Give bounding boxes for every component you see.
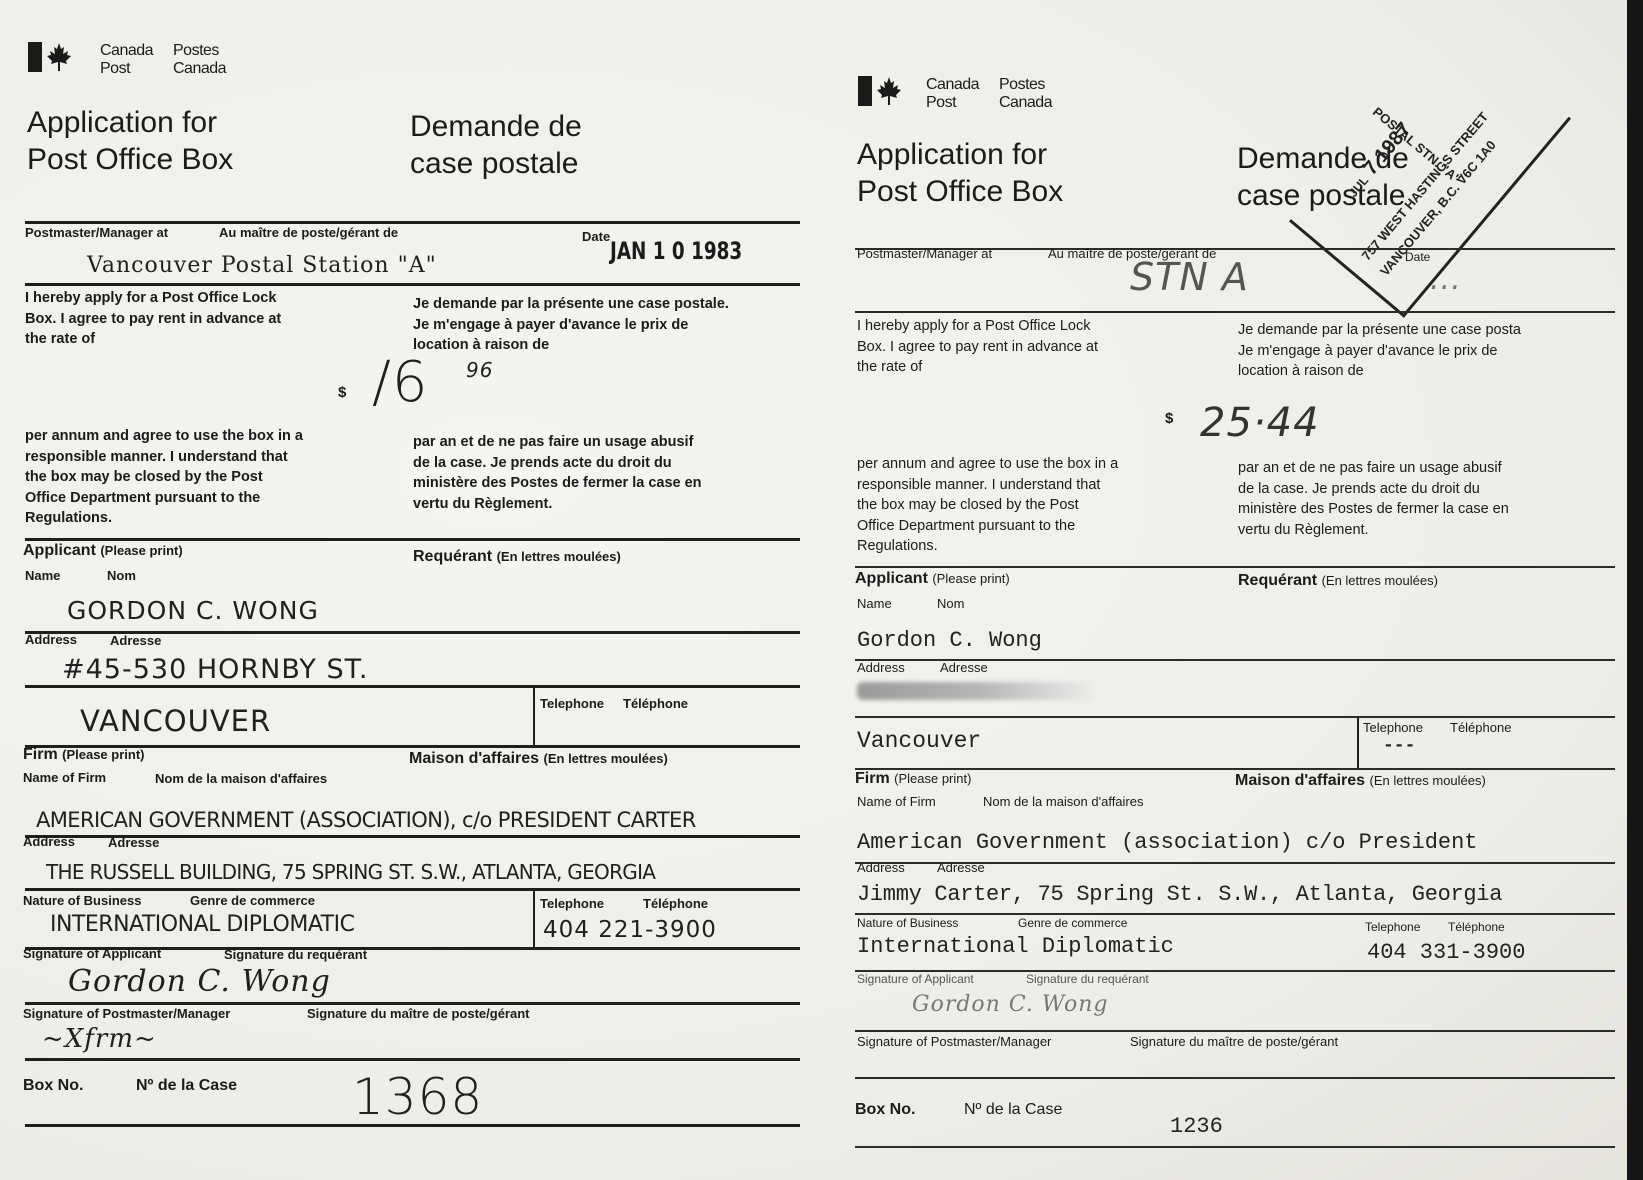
- maple-leaf-icon: [46, 42, 72, 72]
- telephone-divider: [1357, 717, 1359, 769]
- text-line: location à raison de: [413, 335, 729, 356]
- firm-telephone-divider: [533, 890, 535, 950]
- firm-telephone-label-fr: Téléphone: [1448, 920, 1505, 934]
- brand-en-line1: Canada: [100, 42, 153, 60]
- firm-hint: (Please print): [62, 747, 144, 762]
- text-line: ministère des Postes de fermer la case e…: [1238, 499, 1509, 520]
- text-line: I hereby apply for a Post Office Lock: [857, 316, 1098, 337]
- text-line: Je demande par la présente une case post…: [413, 294, 729, 315]
- text-line: Je demande par la présente une case post…: [1238, 320, 1521, 341]
- declaration-en-part2: per annum and agree to use the box in a …: [857, 454, 1118, 557]
- maison-hint: (En lettres moulées): [1370, 773, 1486, 788]
- applicant-signature-field[interactable]: Gordon C. Wong: [912, 992, 1108, 1017]
- firm-address-label-fr: Adresse: [937, 860, 985, 875]
- firm-name-label-en: Name of Firm: [23, 770, 106, 785]
- divider: [855, 566, 1615, 568]
- firm-telephone-field[interactable]: 404 221-3900: [543, 917, 717, 943]
- redacted-address-field[interactable]: [857, 682, 1097, 700]
- text-line: Regulations.: [25, 508, 303, 529]
- applicant-label: Applicant: [855, 570, 928, 587]
- maison-label: Maison d'affaires: [409, 750, 539, 767]
- firm-telephone-label-en: Telephone: [540, 896, 604, 911]
- maple-leaf-icon: [876, 76, 902, 106]
- declaration-en-part1: I hereby apply for a Post Office Lock Bo…: [857, 316, 1098, 378]
- divider: [855, 1146, 1615, 1148]
- postmaster-signature-field[interactable]: [1060, 1050, 1260, 1080]
- divider: [855, 1077, 1615, 1079]
- flag-bar-icon: [28, 42, 42, 72]
- firm-address-field[interactable]: THE RUSSELL BUILDING, 75 SPRING ST. S.W.…: [46, 860, 655, 884]
- applicant-hint: (Please print): [932, 571, 1009, 586]
- applicant-label: Applicant: [23, 542, 96, 559]
- firm-address-field[interactable]: Jimmy Carter, 75 Spring St. S.W., Atlant…: [857, 882, 1502, 907]
- form-title-en: Application for Post Office Box: [27, 104, 233, 178]
- text-line: Office Department pursuant to the: [857, 516, 1118, 537]
- title-en-line1: Application for: [857, 136, 1063, 173]
- text-line: the box may be closed by the Post: [25, 467, 303, 488]
- firm-address-label-en: Address: [857, 860, 905, 875]
- box-number-label-fr: Nº de la Case: [964, 1101, 1062, 1119]
- declaration-fr-part2: par an et de ne pas faire un usage abusi…: [1238, 458, 1509, 540]
- applicant-heading-fr: Requérant (En lettres moulées): [1238, 572, 1438, 590]
- title-fr-line1: Demande de: [410, 108, 582, 145]
- maison-hint: (En lettres moulées): [544, 751, 668, 766]
- text-line: Je m'engage à payer d'avance le prix de: [1238, 341, 1521, 362]
- box-number-label-en: Box No.: [855, 1101, 915, 1119]
- sig-postmaster-label-en: Signature of Postmaster/Manager: [23, 1006, 230, 1021]
- sig-postmaster-label-fr: Signature du maître de poste/gérant: [307, 1006, 530, 1021]
- sig-applicant-label-fr: Signature du requérant: [224, 947, 367, 962]
- text-line: Je m'engage à payer d'avance le prix de: [413, 315, 729, 336]
- scan-edge-shadow: [1627, 0, 1643, 1180]
- text-line: Regulations.: [857, 536, 1118, 557]
- firm-name-label-fr: Nom de la maison d'affaires: [155, 771, 327, 786]
- text-line: par an et de ne pas faire un usage abusi…: [413, 432, 702, 453]
- requerant-hint: (En lettres moulées): [497, 549, 621, 564]
- sig-applicant-label-en: Signature of Applicant: [857, 972, 974, 986]
- requerant-label: Requérant: [1238, 572, 1317, 589]
- text-line: par an et de ne pas faire un usage abusi…: [1238, 458, 1509, 479]
- applicant-city-field[interactable]: Vancouver: [857, 728, 981, 754]
- brand-en-line2: Post: [100, 60, 153, 78]
- telephone-label-en: Telephone: [540, 696, 604, 711]
- firm-telephone-field[interactable]: 404 331-3900: [1367, 940, 1525, 965]
- text-line: Office Department pursuant to the: [25, 488, 303, 509]
- telephone-label-fr: Téléphone: [623, 696, 688, 711]
- right-application-form: Canada Post Postes Canada Application fo…: [830, 0, 1630, 1180]
- firm-name-label-fr: Nom de la maison d'affaires: [983, 794, 1144, 809]
- firm-heading-en: Firm (Please print): [23, 746, 144, 764]
- address-label-fr: Adresse: [940, 660, 988, 675]
- sig-applicant-label-fr: Signature du requérant: [1026, 972, 1149, 986]
- divider: [25, 1124, 800, 1127]
- business-label-fr: Genre de commerce: [190, 893, 315, 908]
- requerant-label: Requérant: [413, 548, 492, 565]
- address-label-en: Address: [857, 660, 905, 675]
- currency-symbol: $: [1165, 410, 1173, 427]
- divider: [25, 221, 800, 224]
- applicant-name-field[interactable]: GORDON C. WONG: [67, 596, 319, 625]
- postal-station-field[interactable]: Vancouver Postal Station "A": [87, 253, 437, 278]
- text-line: location à raison de: [1238, 361, 1521, 382]
- divider: [25, 1002, 800, 1005]
- text-line: Box. I agree to pay rent in advance at: [25, 309, 281, 330]
- divider: [855, 913, 1615, 915]
- address-label-en: Address: [25, 632, 77, 647]
- text-line: I hereby apply for a Post Office Lock: [25, 288, 281, 309]
- rate-cents: 96: [466, 358, 493, 382]
- title-fr-line2: case postale: [410, 145, 582, 182]
- name-label-fr: Nom: [937, 596, 964, 611]
- date-stamp-value[interactable]: JAN 1 0 1983: [610, 237, 742, 265]
- firm-heading-en: Firm (Please print): [855, 770, 971, 788]
- text-line: vertu du Règlement.: [413, 494, 702, 515]
- telephone-divider: [533, 686, 535, 746]
- canada-post-logo: Canada Post Postes Canada: [28, 42, 242, 78]
- flag-bar-icon: [858, 76, 872, 106]
- firm-name-label-en: Name of Firm: [857, 794, 936, 809]
- requerant-hint: (En lettres moulées): [1322, 573, 1438, 588]
- divider: [25, 888, 800, 891]
- divider: [25, 685, 800, 688]
- address-label-fr: Adresse: [110, 633, 161, 648]
- currency-symbol: $: [338, 384, 346, 401]
- declaration-fr-part1: Je demande par la présente une case post…: [1238, 320, 1521, 382]
- firm-telephone-label-fr: Téléphone: [643, 896, 708, 911]
- applicant-hint: (Please print): [100, 543, 182, 558]
- text-line: the box may be closed by the Post: [857, 495, 1118, 516]
- box-number-label-fr: Nº de la Case: [136, 1077, 237, 1095]
- declaration-fr-part1: Je demande par la présente une case post…: [413, 294, 729, 356]
- brand-en-line2: Post: [926, 94, 979, 112]
- text-line: de la case. Je prends acte du droit du: [413, 453, 702, 474]
- title-en-line2: Post Office Box: [857, 173, 1063, 210]
- form-title-en: Application for Post Office Box: [857, 136, 1063, 210]
- firm-label: Firm: [23, 746, 58, 763]
- sig-postmaster-label-fr: Signature du maître de poste/gérant: [1130, 1034, 1338, 1049]
- firm-address-label-fr: Adresse: [108, 835, 159, 850]
- firm-name-field[interactable]: American Government (association) c/o Pr…: [857, 830, 1478, 855]
- text-line: the rate of: [25, 329, 281, 350]
- date-field[interactable]: ...: [1430, 262, 1462, 297]
- declaration-fr-part2: par an et de ne pas faire un usage abusi…: [413, 432, 702, 514]
- text-line: responsible manner. I understand that: [857, 475, 1118, 496]
- name-label-en: Name: [25, 568, 60, 583]
- brand-fr-line1: Postes: [999, 76, 1052, 94]
- title-en-line2: Post Office Box: [27, 141, 233, 178]
- business-label-en: Nature of Business: [857, 916, 958, 930]
- applicant-heading-en: Applicant (Please print): [23, 542, 183, 560]
- maison-label: Maison d'affaires: [1235, 772, 1365, 789]
- applicant-name-field[interactable]: Gordon C. Wong: [857, 628, 1042, 653]
- firm-heading-fr: Maison d'affaires (En lettres moulées): [409, 750, 668, 768]
- name-label-en: Name: [857, 596, 892, 611]
- text-line: ministère des Postes de fermer la case e…: [413, 473, 702, 494]
- declaration-en-part1: I hereby apply for a Post Office Lock Bo…: [25, 288, 281, 350]
- scanned-document: Canada Post Postes Canada Application fo…: [0, 0, 1643, 1180]
- firm-telephone-label-en: Telephone: [1365, 920, 1420, 934]
- business-label-fr: Genre de commerce: [1018, 916, 1127, 930]
- postmaster-label-en: Postmaster/Manager at: [857, 246, 992, 261]
- firm-address-label-en: Address: [23, 834, 75, 849]
- firm-hint: (Please print): [894, 771, 971, 786]
- date-label: Date: [1405, 250, 1430, 264]
- divider: [25, 1058, 800, 1061]
- text-line: de la case. Je prends acte du droit du: [1238, 479, 1509, 500]
- text-line: per annum and agree to use the box in a: [857, 454, 1118, 475]
- rate-field[interactable]: /6: [372, 350, 429, 415]
- divider: [855, 311, 1615, 313]
- form-title-fr: Demande de case postale: [410, 108, 582, 182]
- text-line: Box. I agree to pay rent in advance at: [857, 337, 1098, 358]
- applicant-telephone-field[interactable]: ---: [1383, 736, 1415, 756]
- box-number-label-en: Box No.: [23, 1077, 83, 1095]
- divider: [855, 1030, 1615, 1032]
- declaration-en-part2: per annum and agree to use the box in a …: [25, 426, 303, 529]
- applicant-signature-field[interactable]: Gordon C. Wong: [68, 964, 331, 999]
- title-en-line1: Application for: [27, 104, 233, 141]
- divider: [25, 538, 800, 541]
- business-field[interactable]: INTERNATIONAL DIPLOMATIC: [50, 912, 354, 937]
- brand-fr-line2: Canada: [173, 60, 226, 78]
- firm-heading-fr: Maison d'affaires (En lettres moulées): [1235, 772, 1486, 790]
- applicant-heading-fr: Requérant (En lettres moulées): [413, 548, 621, 566]
- canada-post-logo: Canada Post Postes Canada: [858, 76, 1068, 112]
- divider: [855, 716, 1615, 718]
- firm-label: Firm: [855, 770, 890, 787]
- sig-postmaster-label-en: Signature of Postmaster/Manager: [857, 1034, 1051, 1049]
- telephone-label-en: Telephone: [1363, 720, 1423, 735]
- brand-fr-line2: Canada: [999, 94, 1052, 112]
- postmaster-label-en: Postmaster/Manager at: [25, 225, 168, 240]
- rate-field[interactable]: 25·44: [1200, 400, 1320, 446]
- business-label-en: Nature of Business: [23, 893, 141, 908]
- text-line: responsible manner. I understand that: [25, 447, 303, 468]
- postmaster-signature-field[interactable]: ~Xfrm~: [42, 1024, 157, 1054]
- applicant-city-field[interactable]: VANCOUVER: [80, 704, 271, 738]
- postal-station-field[interactable]: STN A: [1130, 255, 1249, 299]
- date-label: Date: [582, 229, 610, 244]
- brand-en-line1: Canada: [926, 76, 979, 94]
- sig-applicant-label-en: Signature of Applicant: [23, 946, 161, 961]
- business-field[interactable]: International Diplomatic: [857, 934, 1174, 959]
- box-number-field[interactable]: 1368: [352, 1068, 483, 1126]
- postmaster-label-fr: Au maître de poste/gérant de: [219, 225, 398, 240]
- divider: [25, 283, 800, 286]
- text-line: vertu du Règlement.: [1238, 520, 1509, 541]
- brand-fr-line1: Postes: [173, 42, 226, 60]
- rate-dollars: /6: [372, 350, 429, 415]
- applicant-address-field[interactable]: #45-530 HORNBY ST.: [62, 654, 368, 685]
- applicant-heading-en: Applicant (Please print): [855, 570, 1010, 588]
- firm-name-field[interactable]: AMERICAN GOVERNMENT (ASSOCIATION), c/o P…: [36, 808, 696, 832]
- left-application-form: Canada Post Postes Canada Application fo…: [0, 0, 820, 1180]
- box-number-field[interactable]: 1236: [1170, 1114, 1223, 1139]
- text-line: the rate of: [857, 357, 1098, 378]
- name-label-fr: Nom: [107, 568, 136, 583]
- telephone-label-fr: Téléphone: [1450, 720, 1511, 735]
- text-line: per annum and agree to use the box in a: [25, 426, 303, 447]
